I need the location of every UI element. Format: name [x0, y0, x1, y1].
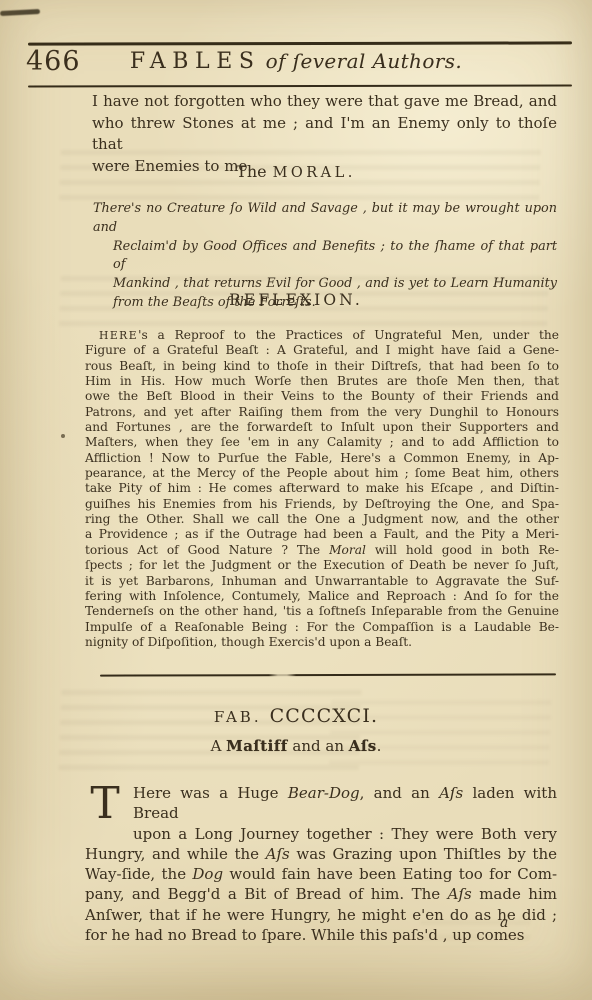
- text-line: who threw Stones at me ; and I'm an Enem…: [92, 113, 557, 156]
- moral-heading-word: MORAL.: [273, 165, 356, 181]
- text-line: rous Beaſt, in being kind to thoſe in th…: [85, 359, 559, 374]
- text-line: Affliction ! Now to Purſue the Fable, He…: [85, 451, 559, 466]
- reflexion-heading: REFLEXION.: [0, 291, 592, 309]
- text-line: Patrons, and yet after Raiſing them from…: [85, 405, 559, 420]
- section-divider-rule: [100, 673, 556, 676]
- fable-number-heading: FAB.CCCCXCI.: [0, 705, 592, 727]
- header-bottom-rule: [28, 85, 572, 88]
- fable-number-label: FAB.: [214, 708, 262, 726]
- text-line: pany, and Begg'd a Bit of Bread of him. …: [85, 884, 557, 904]
- text-line: I have not forgotten who they were that …: [92, 91, 557, 113]
- text-line: take Pity of him : He comes afterward to…: [85, 481, 559, 496]
- book-page-scan: 466 FABLES of ſeveral Authors. I have no…: [0, 0, 592, 1000]
- text-line: for he had no Bread to ſpare. While this…: [85, 925, 557, 945]
- text-line: Tenderneſs on the other hand, 'tis a ſof…: [85, 604, 559, 619]
- text-line: Reclaim'd by Good Offices and Benefits ;…: [93, 238, 557, 276]
- text-line: owe the Beſt Blood in their Veins to the…: [85, 389, 559, 404]
- text-line: Way-ſide, the Dog would fain have been E…: [85, 864, 557, 884]
- bleed-through-texture: [58, 690, 361, 778]
- text-line: upon a Long Journey together : They were…: [85, 824, 557, 844]
- text-line: it is yet Barbarons, Inhuman and Unwarra…: [85, 574, 559, 589]
- text-line: Maſters, when they ſee 'em in any Calami…: [85, 435, 559, 450]
- text-line: torious Act of Good Nature ? The Moral w…: [85, 543, 559, 558]
- text-line: There's no Creature ſo Wild and Savage ,…: [93, 200, 557, 238]
- moral-heading: TheMORAL.: [0, 162, 592, 181]
- catchword: a: [500, 915, 508, 931]
- fable-title: A Maſtiff and an Aſs.: [0, 737, 592, 755]
- moral-heading-lead: The: [236, 162, 266, 181]
- header-top-rule: [28, 41, 572, 45]
- text-line: Impulſe of a Reaſonable Being : For the …: [85, 620, 559, 635]
- text-line: ring the Other. Shall we call the One a …: [85, 512, 559, 527]
- text-line: fering with Inſolence, Contumely, Malice…: [85, 589, 559, 604]
- text-line: HERE's a Reproof to the Practices of Ung…: [85, 328, 559, 343]
- text-line: and Fortunes , are the forwardeſt to Inſ…: [85, 420, 559, 435]
- running-head-subtitle: of ſeveral Authors.: [266, 49, 462, 73]
- text-line: nignity of Diſpoſition, though Exercis'd…: [85, 635, 559, 650]
- text-line: Figure of a Grateful Beaſt : A Grateful,…: [85, 343, 559, 358]
- text-line: Anſwer, that if he were Hungry, he might…: [85, 905, 557, 925]
- text-line: Him in His. How much Worſe then Brutes a…: [85, 374, 559, 389]
- text-line: a Providence ; as if the Outrage had bee…: [85, 527, 559, 542]
- text-line: pearance, at the Mercy of the People abo…: [85, 466, 559, 481]
- text-line: Hungry, and while the Aſs was Grazing up…: [85, 844, 557, 864]
- running-head: FABLES of ſeveral Authors.: [0, 49, 592, 74]
- fable-number-roman: CCCCXCI.: [270, 705, 379, 727]
- text-line: Here was a Huge Bear-Dog, and an Aſs lad…: [85, 783, 557, 824]
- ink-speck: [61, 434, 65, 438]
- running-head-title: FABLES: [130, 49, 261, 74]
- fable-paragraph: T Here was a Huge Bear-Dog, and an Aſs l…: [85, 783, 557, 945]
- drop-cap: T: [85, 785, 125, 825]
- scan-edge-artifact: [0, 9, 40, 16]
- reflexion-paragraph: HERE's a Reproof to the Practices of Ung…: [85, 328, 559, 650]
- text-line: guiſhes his Enemies from his Friends, by…: [85, 497, 559, 512]
- fable-lines: Here was a Huge Bear-Dog, and an Aſs lad…: [85, 783, 557, 945]
- text-line: ſpects ; for let the Judgment or the Exe…: [85, 558, 559, 573]
